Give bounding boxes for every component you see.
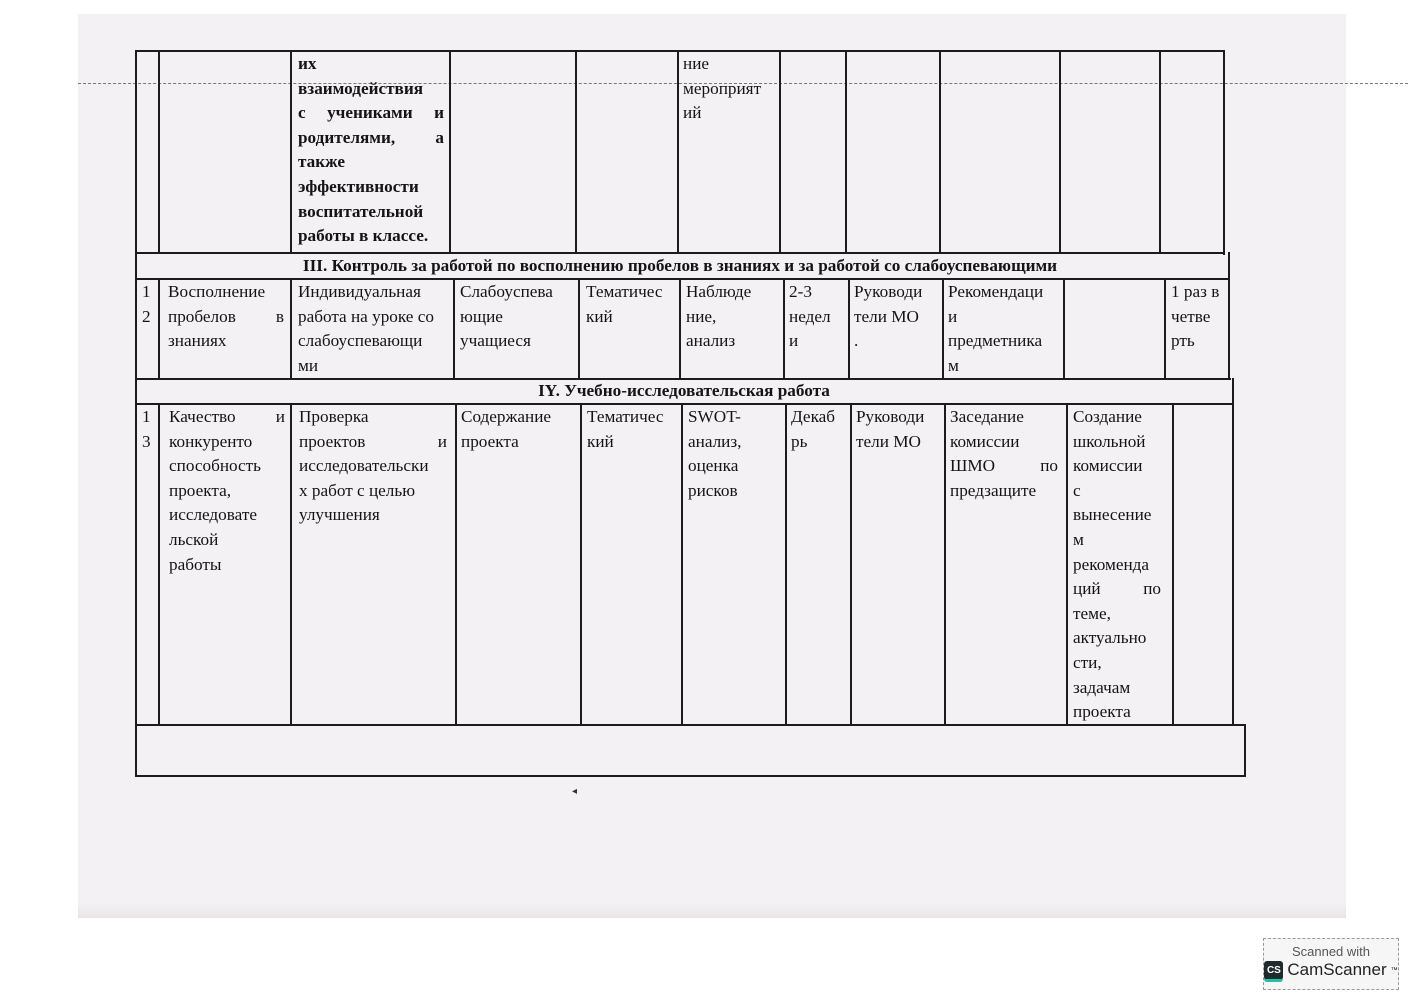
row12-col-divider [783,278,785,378]
cell-line: конкуренто [169,430,285,455]
cell-line: работы [169,553,285,578]
row13-col-divider [1172,403,1174,724]
cell-line: рть [1171,329,1225,354]
cell-line: тели МО [856,430,940,455]
cell-line: школьной [1073,430,1161,455]
cell-line: м [948,354,1056,379]
cell-line: кий [586,305,674,330]
row12-cell: Слабоуспевающиеучащиеся [460,280,572,354]
row13-col-divider [290,403,292,724]
row12-cell: Тематический [586,280,674,329]
cell-line: пробеловв [168,305,284,330]
row13-cell: Тематический [587,405,675,454]
rule-section3 [135,252,1225,254]
cell-line: ШМОпо [950,454,1058,479]
cell-line: м [1073,528,1161,553]
cell-line: ий [683,101,775,126]
row12-col-divider [942,278,944,378]
cell-line: ние, [686,305,776,330]
cell-line: задачам [1073,676,1161,701]
row12-cell: Руководители МО. [854,280,938,354]
row13-col-divider [1066,403,1068,724]
cell-line: проекта, [169,479,285,504]
cell-line: слабоуспевающи [298,329,446,354]
cell-line: Руководи [856,405,940,430]
cell-line: Рекомендаци [948,280,1056,305]
row13-col-divider [580,403,582,724]
row13-number: 13 [142,405,156,454]
table-bottom-border [135,775,1246,777]
cell-line: 3 [142,430,156,455]
cell-line: улучшения [299,503,447,528]
row13-cell: ЗаседаниекомиссииШМОпопредзащите [950,405,1058,503]
row12-col-divider [679,278,681,378]
row1-col-divider [677,50,679,252]
cell-line: Тематичес [586,280,674,305]
row1-right-border [1223,50,1225,255]
cell-line: рь [791,430,845,455]
row1-col-divider [290,50,292,252]
cell-line: эффективности [298,175,444,200]
cell-line: сученикамии [298,101,444,126]
cell-line: и [948,305,1056,330]
row12-cell: Рекомендациипредметникам [948,280,1056,378]
cell-line: ми [298,354,446,379]
row4-right-border [1244,724,1246,776]
cell-line: знаниях [168,329,284,354]
cell-line: способность [169,454,285,479]
row1-col-divider [779,50,781,252]
cell-line: Тематичес [587,405,675,430]
row12-col-divider [1164,278,1166,378]
cell-line: проекта [1073,700,1161,725]
row1-col3-text: ихвзаимодействиясученикамииродителями,ат… [298,52,444,249]
cell-line: теме, [1073,602,1161,627]
scan-speck: ◂ [572,786,577,797]
section-title-III: III. Контроль за работой по восполнению … [135,256,1225,276]
cell-line: ющие [460,305,572,330]
cell-line: оценка [688,454,778,479]
cell-line: Декаб [791,405,845,430]
section-title-IY: IY. Учебно-исследовательская работа [135,381,1233,401]
cell-line: комиссии [1073,454,1161,479]
cell-line: Качествои [169,405,285,430]
cell-line: актуально [1073,626,1161,651]
cell-line: 1 [142,280,156,305]
row12-col-divider [578,278,580,378]
row13-cell: Декабрь [791,405,845,454]
cell-line: работы в классе. [298,224,444,249]
row2-right-border [1228,252,1230,380]
cell-line: четве [1171,305,1225,330]
cell-line: Содержание [461,405,575,430]
cell-line: работа на уроке со [298,305,446,330]
row13-cell: SWOT-анализ,оценкарисков [688,405,778,503]
cell-line: учащиеся [460,329,572,354]
cell-line: ние [683,52,775,77]
row13-cell: Качествоиконкурентоспособностьпроекта,ис… [169,405,285,577]
row13-col-divider [785,403,787,724]
cell-line: Руководи [854,280,938,305]
cell-line: Наблюде [686,280,776,305]
cell-line: сти, [1073,651,1161,676]
cell-line: Создание [1073,405,1161,430]
row12-cell: 1 раз вчетверть [1171,280,1225,354]
cell-line: предзащите [950,479,1058,504]
cell-line: воспитательной [298,200,444,225]
cell-line: и [789,329,843,354]
row1-col-divider [845,50,847,252]
cell-line: комиссии [950,430,1058,455]
cell-line: . [854,329,938,354]
row12-cell: 2-3недели [789,280,843,354]
row12-cell: Наблюдение,анализ [686,280,776,354]
cell-line: 2-3 [789,280,843,305]
cell-line: предметника [948,329,1056,354]
cell-line: с [1073,479,1161,504]
row12-col-divider [453,278,455,378]
cell-line: кий [587,430,675,455]
cell-line: их [298,52,444,77]
row12-number: 12 [142,280,156,329]
camscanner-watermark: Scanned with CS CamScanner™ [1263,938,1399,990]
cell-line: 1 [142,405,156,430]
cell-line: проекта [461,430,575,455]
camscanner-logo-icon: CS [1264,961,1283,980]
cell-line: анализ, [688,430,778,455]
row1-col-divider [939,50,941,252]
cell-line: Индивидуальная [298,280,446,305]
cell-line: тели МО [854,305,938,330]
row13-col-divider [455,403,457,724]
row1-col-divider [1159,50,1161,252]
row13-col-divider [681,403,683,724]
row13-cell: Содержаниепроекта [461,405,575,454]
cell-line: вынесение [1073,503,1161,528]
cell-line: исследовательски [299,454,447,479]
row3-right-border [1232,378,1234,726]
cell-line: мероприят [683,77,775,102]
cell-line: х работ с целью [299,479,447,504]
cell-line: Слабоуспева [460,280,572,305]
row13-cell: Проверкапроектовиисследовательских работ… [299,405,447,528]
row12-col-divider [290,278,292,378]
row1-col-divider [158,50,160,252]
row13-col-divider [158,403,160,724]
row13-col-divider [850,403,852,724]
row1-col-divider [449,50,451,252]
cell-line: Восполнение [168,280,284,305]
row13-cell: Созданиешкольнойкомиссиисвынесениемреком… [1073,405,1161,725]
watermark-brand-name: CamScanner [1287,960,1386,980]
row12-col-divider [158,278,160,378]
cell-line: проектови [299,430,447,455]
cell-line: взаимодействия [298,77,444,102]
cell-line: также [298,150,444,175]
row1-col-divider [575,50,577,252]
row13-cell: Руководители МО [856,405,940,454]
row13-col-divider [944,403,946,724]
cell-line: Проверка [299,405,447,430]
cell-line: SWOT- [688,405,778,430]
cell-line: 1 раз в [1171,280,1225,305]
cell-line: анализ [686,329,776,354]
row1-col6-text: ниемероприятий [683,52,775,126]
cell-line: рекоменда [1073,553,1161,578]
row12-cell: Индивидуальнаяработа на уроке сослабоусп… [298,280,446,378]
cell-line: исследовате [169,503,285,528]
watermark-caption: Scanned with [1264,944,1398,959]
table-left-border [135,50,137,777]
watermark-brand: CS CamScanner™ [1264,960,1398,980]
row1-col-divider [1059,50,1061,252]
row12-col-divider [1063,278,1065,378]
row12-cell: Восполнениепробеловвзнаниях [168,280,284,354]
cell-line: Заседание [950,405,1058,430]
cell-line: 2 [142,305,156,330]
cell-line: рисков [688,479,778,504]
cell-line: недел [789,305,843,330]
row12-col-divider [848,278,850,378]
cell-line: родителями,а [298,126,444,151]
cell-line: цийпо [1073,577,1161,602]
cell-line: льской [169,528,285,553]
